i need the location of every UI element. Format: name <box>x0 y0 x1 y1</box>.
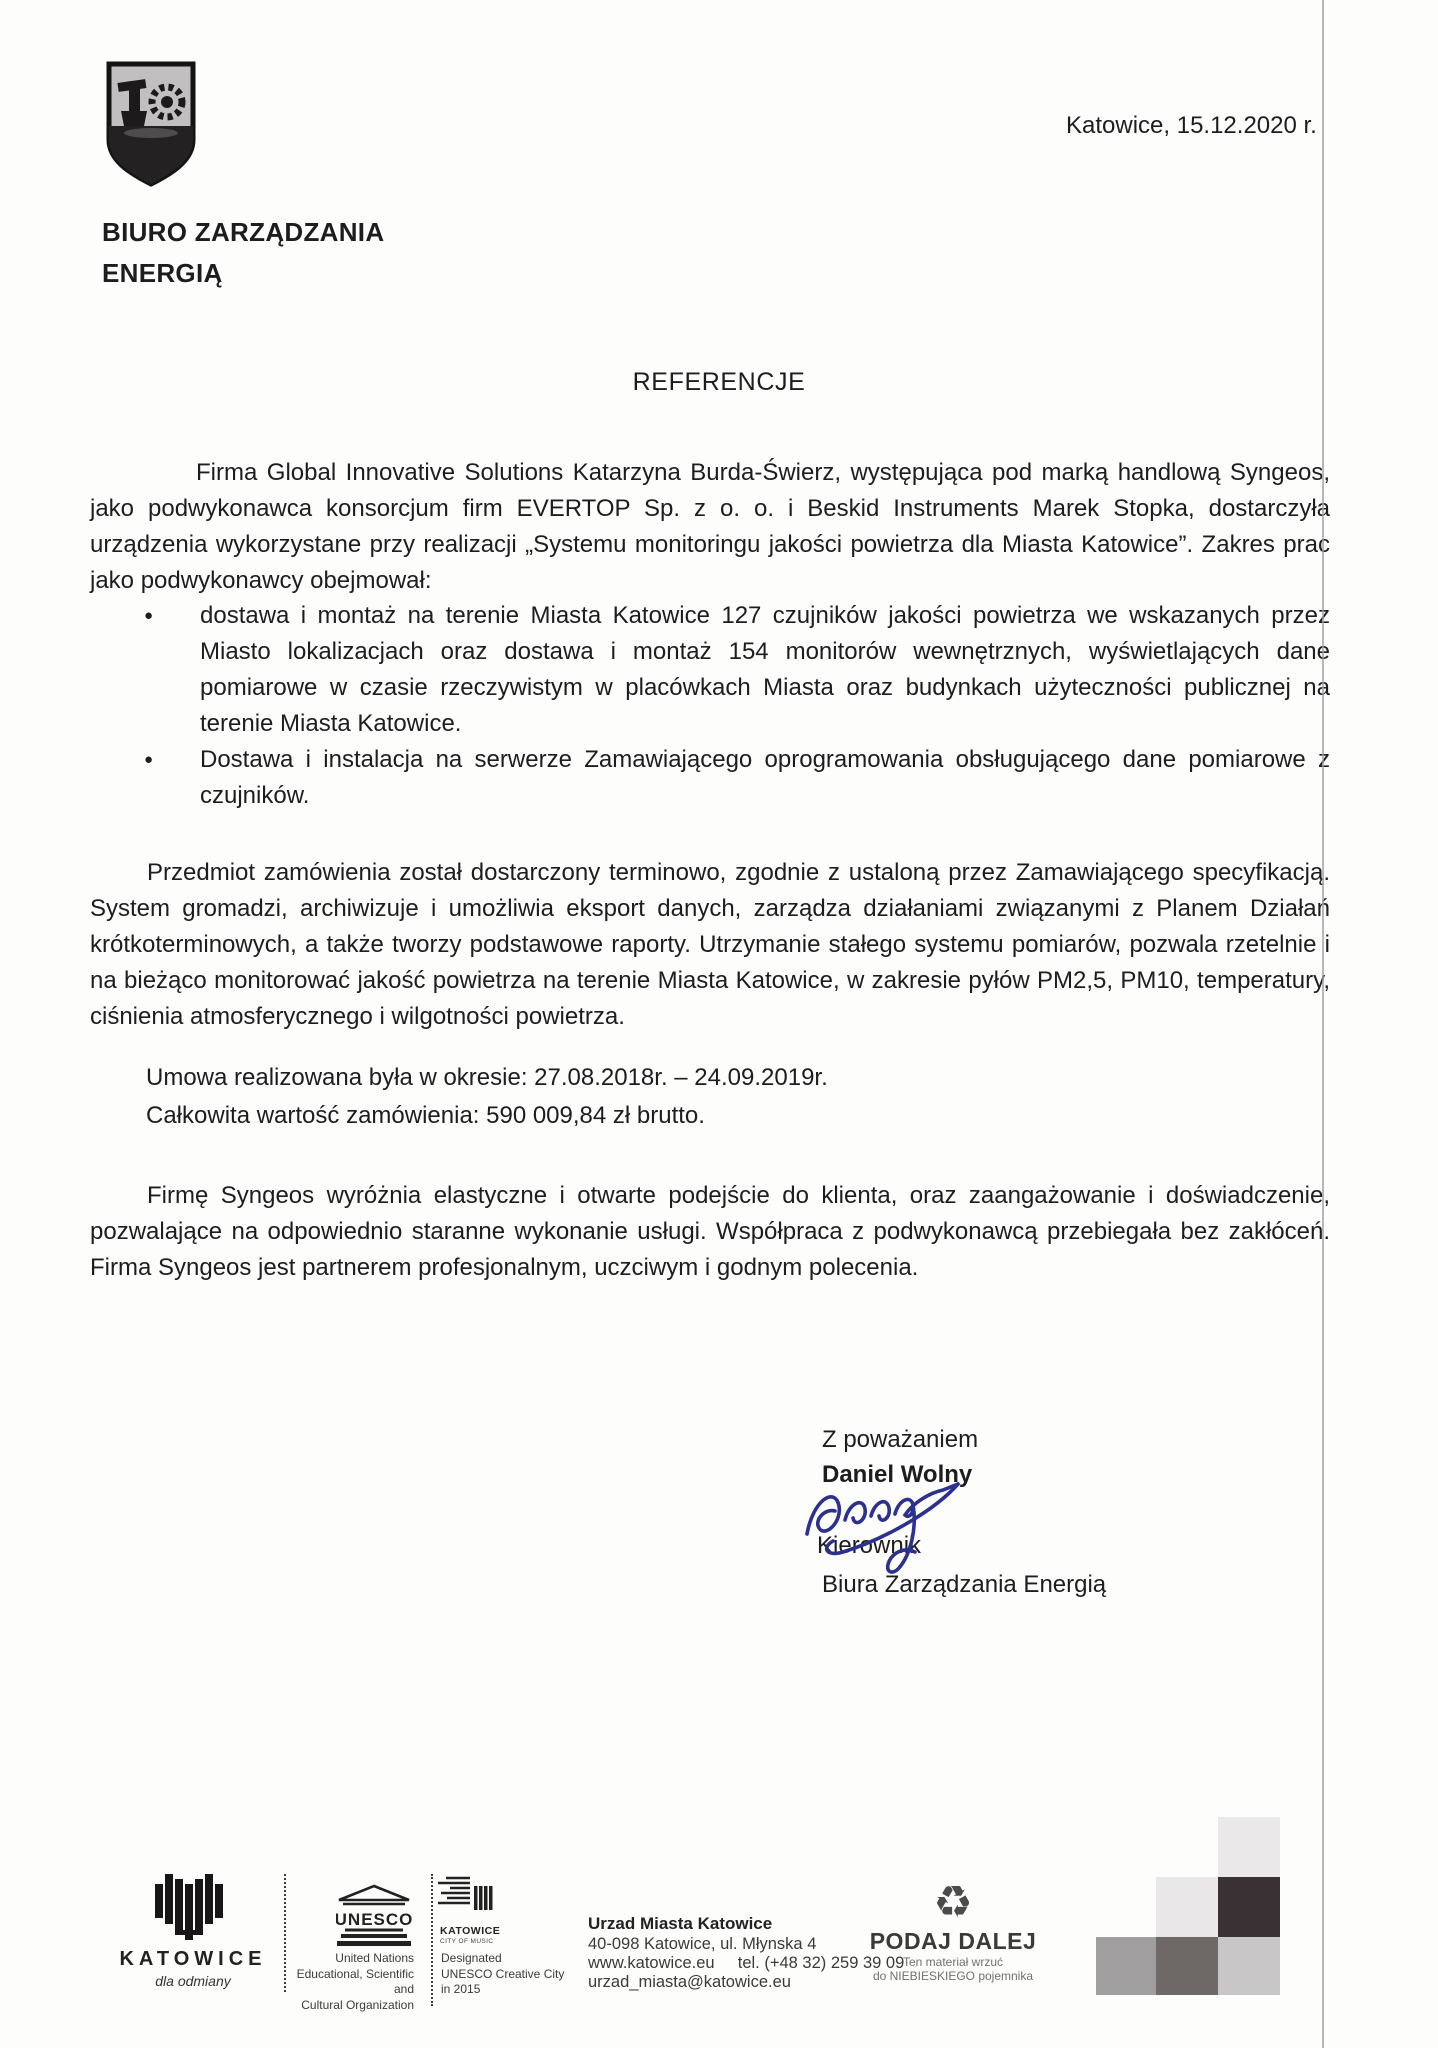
unesco-caption-line: Cultural Organization <box>288 1998 414 2014</box>
city-hall-address-block: Urzad Miasta Katowice 40-098 Katowice, u… <box>588 1914 904 1992</box>
recycle-icon: ♻ <box>858 1878 1048 1928</box>
paragraph-recommendation: Firmę Syngeos wyróżnia elastyczne i otwa… <box>90 1178 1330 1286</box>
city-of-music-caption-line: Designated <box>441 1951 564 1967</box>
mosaic-square <box>1218 1817 1280 1877</box>
sender-office-name: BIURO ZARZĄDZANIA ENERGIĄ <box>102 212 384 294</box>
mosaic-square <box>1156 1877 1218 1937</box>
signature-closing: Z poważaniem <box>822 1426 978 1454</box>
recycle-note-block: ♻ PODAJ DALEJ Ten materiał wrzuć do NIEB… <box>858 1878 1048 1983</box>
footer-divider <box>431 1874 433 2006</box>
city-of-music-wordmark: KATOWICE <box>440 1925 500 1937</box>
mosaic-square <box>1096 1937 1156 1995</box>
mosaic-square <box>1218 1877 1280 1937</box>
mosaic-square <box>1156 1937 1218 1995</box>
unesco-caption: United Nations Educational, Scientific a… <box>288 1951 414 2013</box>
contract-value-line: Całkowita wartość zamówienia: 590 009,84… <box>146 1102 705 1130</box>
bullet-item: Dostawa i instalacja na serwerze Zamawia… <box>90 742 1330 814</box>
paragraph-intro: Firma Global Innovative Solutions Katarz… <box>90 455 1330 599</box>
mosaic-square <box>1218 1937 1280 1995</box>
katowice-coat-of-arms-icon <box>105 60 197 193</box>
address-street-line: 40-098 Katowice, ul. Młynska 4 <box>588 1935 904 1954</box>
city-of-music-subtitle: CITY OF MUSIC <box>440 1938 493 1945</box>
address-website: www.katowice.eu <box>588 1954 715 1972</box>
address-office-name: Urzad Miasta Katowice <box>588 1914 904 1933</box>
city-of-music-caption-line: UNESCO Creative City <box>441 1967 564 1983</box>
sender-office-line2: ENERGIĄ <box>102 253 384 294</box>
footer-divider <box>284 1874 286 1992</box>
letter-date: Katowice, 15.12.2020 r. <box>1066 112 1317 140</box>
scanned-letter-page: BIURO ZARZĄDZANIA ENERGIĄ Katowice, 15.1… <box>0 0 1438 2048</box>
recycle-note-line: do NIEBIESKIEGO pojemnika <box>858 1969 1048 1983</box>
city-of-music-caption-line: in 2015 <box>441 1982 564 1998</box>
address-email: urzad_miasta@katowice.eu <box>588 1973 904 1992</box>
scope-bullet-list: dostawa i montaż na terenie Miasta Katow… <box>90 598 1330 814</box>
katowice-heart-logo-icon <box>155 1868 225 1949</box>
unesco-logo-icon: UNESCO <box>336 1884 412 1953</box>
unesco-acronym: UNESCO <box>336 1910 412 1929</box>
paragraph-delivery: Przedmiot zamówienia został dostarczony … <box>90 855 1330 1035</box>
city-of-music-logo-icon <box>438 1874 494 1927</box>
letter-title: REFERENCJE <box>0 368 1438 397</box>
handwritten-signature-ink <box>793 1474 1008 1594</box>
sender-office-line1: BIURO ZARZĄDZANIA <box>102 212 384 253</box>
bullet-item: dostawa i montaż na terenie Miasta Katow… <box>90 598 1330 742</box>
katowice-wordmark: KATOWICE <box>118 1948 268 1971</box>
recycle-note-line: Ten materiał wrzuć <box>858 1955 1048 1969</box>
contract-period-line: Umowa realizowana była w okresie: 27.08.… <box>146 1064 828 1092</box>
address-contact-line: www.katowice.eu tel. (+48 32) 259 39 09 <box>588 1954 904 1973</box>
city-of-music-caption: Designated UNESCO Creative City in 2015 <box>441 1951 564 1998</box>
scan-fold-line <box>1322 0 1324 2048</box>
recycle-title: PODAJ DALEJ <box>858 1928 1048 1955</box>
unesco-caption-line: United Nations <box>288 1951 414 1967</box>
unesco-caption-line: Educational, Scientific and <box>288 1967 414 1998</box>
katowice-tagline: dla odmiany <box>118 1973 268 1989</box>
